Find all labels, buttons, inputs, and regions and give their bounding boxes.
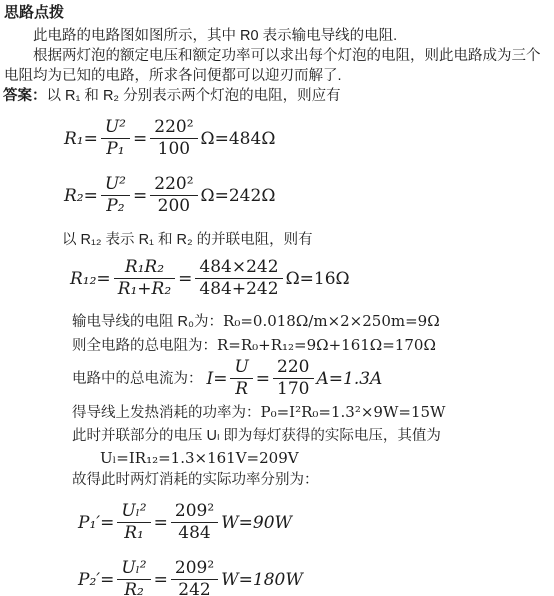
fraction: 484×242 484+242 (195, 258, 282, 299)
fraction-denominator: 242 (171, 579, 218, 596)
fraction-denominator: P₁ (101, 138, 130, 159)
fraction: 209² 484 (171, 502, 218, 543)
line-label: 得导线上发热消耗的功率为： (72, 405, 261, 421)
line-label: 则全电路的总电阻为： (72, 338, 217, 354)
fraction-numerator: 209² (171, 559, 218, 579)
fraction: 209² 242 (171, 559, 218, 596)
fraction-numerator: R₁R₂ (114, 258, 175, 278)
formula-lhs: P₁′= (78, 513, 114, 533)
line-heat-power: 得导线上发热消耗的功率为：P₀=I²R₀=1.3²×9W=15W (72, 402, 554, 423)
formula-equals: = (133, 186, 147, 206)
fraction-denominator: R₁+R₂ (114, 278, 175, 299)
fraction-denominator: 484 (171, 522, 218, 543)
fraction-numerator: 220² (150, 175, 197, 195)
line-math: R=R₀+R₁₂=9Ω+161Ω=170Ω (217, 336, 436, 354)
formula-lhs: R₁₂= (70, 269, 111, 289)
fraction-denominator: R₂ (117, 579, 150, 596)
formula-r12: R₁₂= R₁R₂ R₁+R₂ = 484×242 484+242 Ω=16Ω (70, 258, 350, 299)
line-final-intro: 故得此时两灯消耗的实际功率分别为： (72, 470, 554, 490)
fraction-denominator: 100 (150, 138, 197, 159)
line-label: 电路中的总电流为： (72, 369, 203, 389)
line-total-current: 电路中的总电流为： I= U R = 220 170 A=1.3A (72, 358, 554, 399)
intro-paragraph-2: 根据两灯泡的额定电压和额定功率可以求出每个灯泡的电阻，则此电路成为三个电阻均为已… (4, 46, 552, 86)
line-parallel-voltage: 此时并联部分的电压 Uₗ 即为每灯获得的实际电压，其值为 (72, 426, 554, 446)
formula-result: Ω=242Ω (201, 186, 276, 206)
fraction-denominator: 200 (150, 195, 197, 216)
line-label: 输电导线的电阻 R₀为： (72, 314, 223, 330)
formula-lhs: R₂= (64, 186, 98, 206)
line-total-resistance: 则全电路的总电阻为：R=R₀+R₁₂=9Ω+161Ω=170Ω (72, 335, 554, 356)
formula-equals: = (178, 269, 192, 289)
formula-lhs: R₁= (64, 129, 98, 149)
formula-r2: R₂= U² P₂ = 220² 200 Ω=242Ω (64, 175, 275, 216)
fraction-denominator: R₁ (117, 522, 150, 543)
fraction-numerator: U² (101, 118, 130, 138)
line-text: 此时并联部分的电压 Uₗ 即为每灯获得的实际电压，其值为 (72, 428, 441, 444)
formula-equals: = (256, 369, 270, 389)
fraction: U R (230, 358, 252, 399)
formula-p2: P₂′= Uₗ² R₂ = 209² 242 W=180W (78, 559, 303, 596)
fraction-denominator: P₂ (101, 195, 130, 216)
fraction-numerator: Uₗ² (117, 502, 150, 522)
answer-intro: 以 R₁ 和 R₂ 分别表示两个灯泡的电阻，则应有 (47, 88, 341, 104)
fraction-numerator: 484×242 (195, 258, 282, 278)
fraction-denominator: 484+242 (195, 278, 282, 299)
fraction: 220 170 (273, 358, 313, 399)
fraction: U² P₂ (101, 175, 130, 216)
line-math: R₀=0.018Ω/m×2×250m=9Ω (223, 312, 440, 330)
formula-result: Ω=484Ω (201, 129, 276, 149)
fraction-numerator: U² (101, 175, 130, 195)
fraction: Uₗ² R₁ (117, 502, 150, 543)
formula-result: Ω=16Ω (286, 269, 350, 289)
fraction-numerator: 220² (150, 118, 197, 138)
section-heading: 思路点拨 (4, 3, 554, 22)
formula-p1: P₁′= Uₗ² R₁ = 209² 484 W=90W (78, 502, 292, 543)
fraction: Uₗ² R₂ (117, 559, 150, 596)
formula-lhs: P₂′= (78, 570, 114, 590)
fraction-numerator: U (230, 358, 252, 378)
line-math: P₀=I²R₀=1.3²×9W=15W (261, 403, 446, 421)
formula-equals: = (154, 570, 168, 590)
intro-paragraph-1: 此电路的电路图如图所示，其中 R0 表示输电导线的电阻. (4, 26, 552, 46)
formula-r1: R₁= U² P₁ = 220² 100 Ω=484Ω (64, 118, 275, 159)
line-text: 故得此时两灯消耗的实际功率分别为： (72, 472, 319, 488)
answer-label: 答案： (3, 88, 47, 104)
line-wire-resistance: 输电导线的电阻 R₀为：R₀=0.018Ω/m×2×250m=9Ω (72, 311, 554, 332)
fraction-denominator: R (230, 378, 252, 399)
fraction-numerator: 220 (273, 358, 313, 378)
formula-result: W=90W (221, 513, 292, 533)
formula-result: W=180W (221, 570, 303, 590)
fraction-denominator: 170 (273, 378, 313, 399)
fraction-numerator: 209² (171, 502, 218, 522)
parallel-resistance-intro: 以 R₁₂ 表示 R₁ 和 R₂ 的并联电阻，则有 (62, 230, 554, 250)
formula-equals: = (133, 129, 147, 149)
fraction: U² P₁ (101, 118, 130, 159)
formula-equals: = (154, 513, 168, 533)
formula-current: I= U R = 220 170 A=1.3A (207, 358, 383, 399)
fraction: 220² 100 (150, 118, 197, 159)
fraction: 220² 200 (150, 175, 197, 216)
fraction: R₁R₂ R₁+R₂ (114, 258, 175, 299)
answer-line: 答案：以 R₁ 和 R₂ 分别表示两个灯泡的电阻，则应有 (3, 86, 552, 106)
formula-result: A=1.3A (317, 369, 383, 389)
formula-lhs: I= (207, 369, 228, 389)
fraction-numerator: Uₗ² (117, 559, 150, 579)
line-ul-equation: Uₗ=IR₁₂=1.3×161V=209V (100, 449, 554, 467)
